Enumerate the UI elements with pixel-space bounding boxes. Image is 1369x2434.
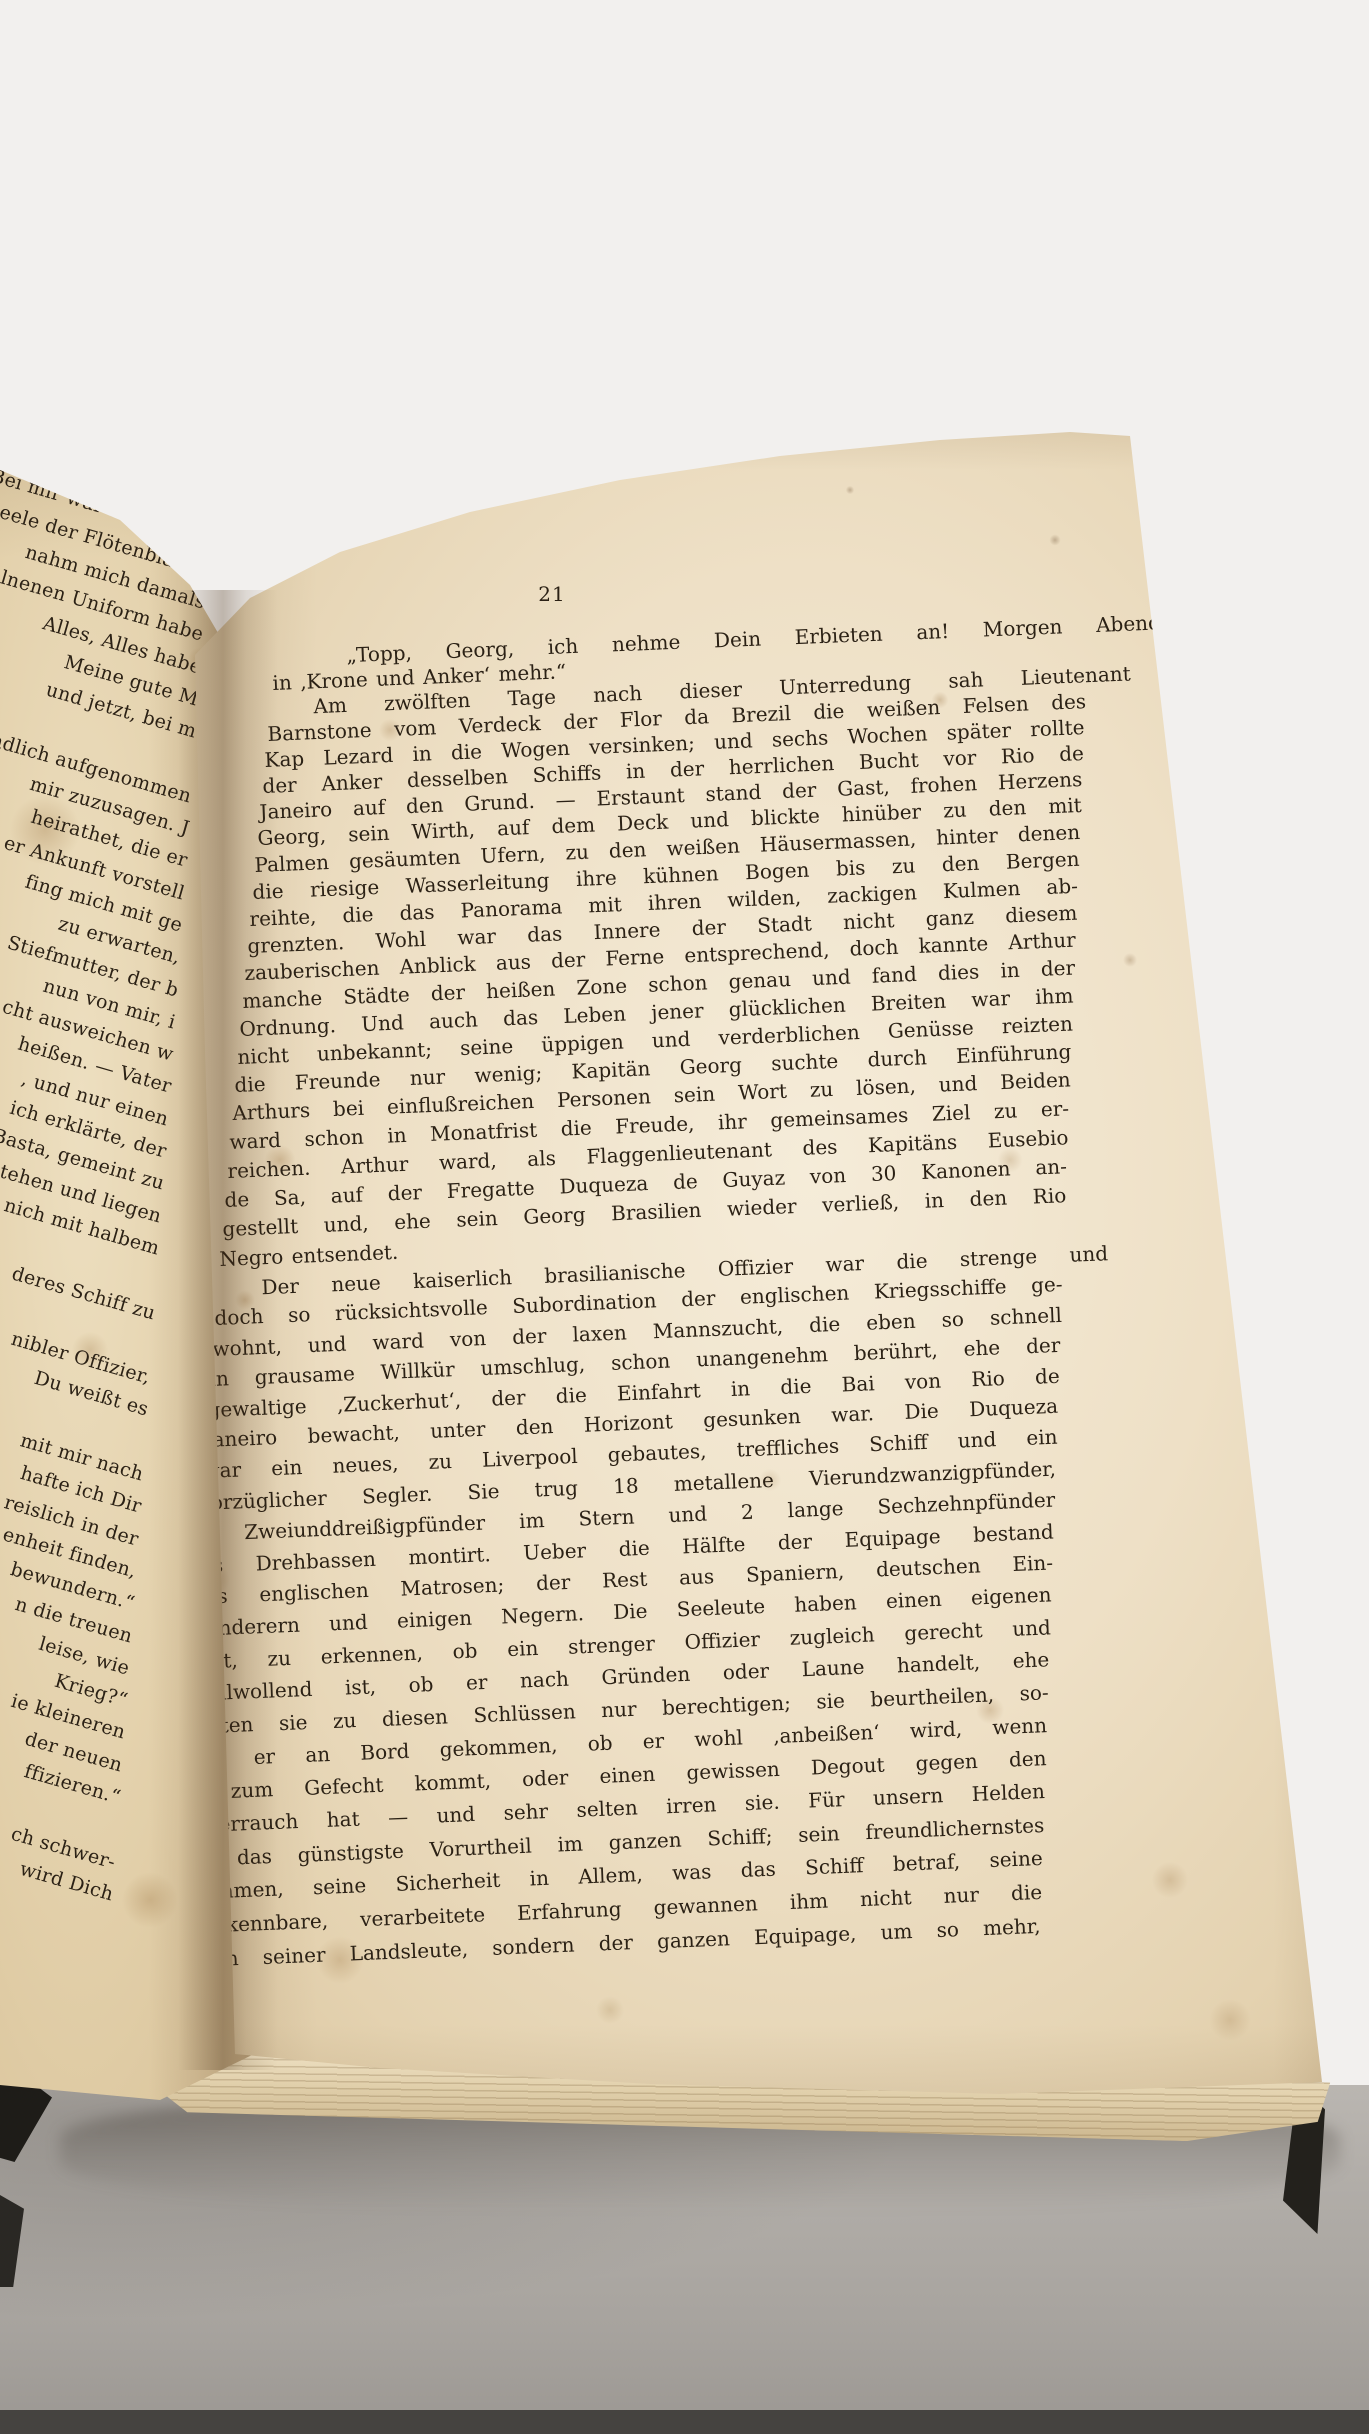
page-number: 21 — [452, 582, 652, 606]
gutter-shadow — [178, 590, 278, 2070]
right-page: 21 „Topp, Georg, ich nehme Dein Erbieten… — [150, 400, 1345, 2110]
photo-bottom-strip — [0, 2410, 1369, 2434]
